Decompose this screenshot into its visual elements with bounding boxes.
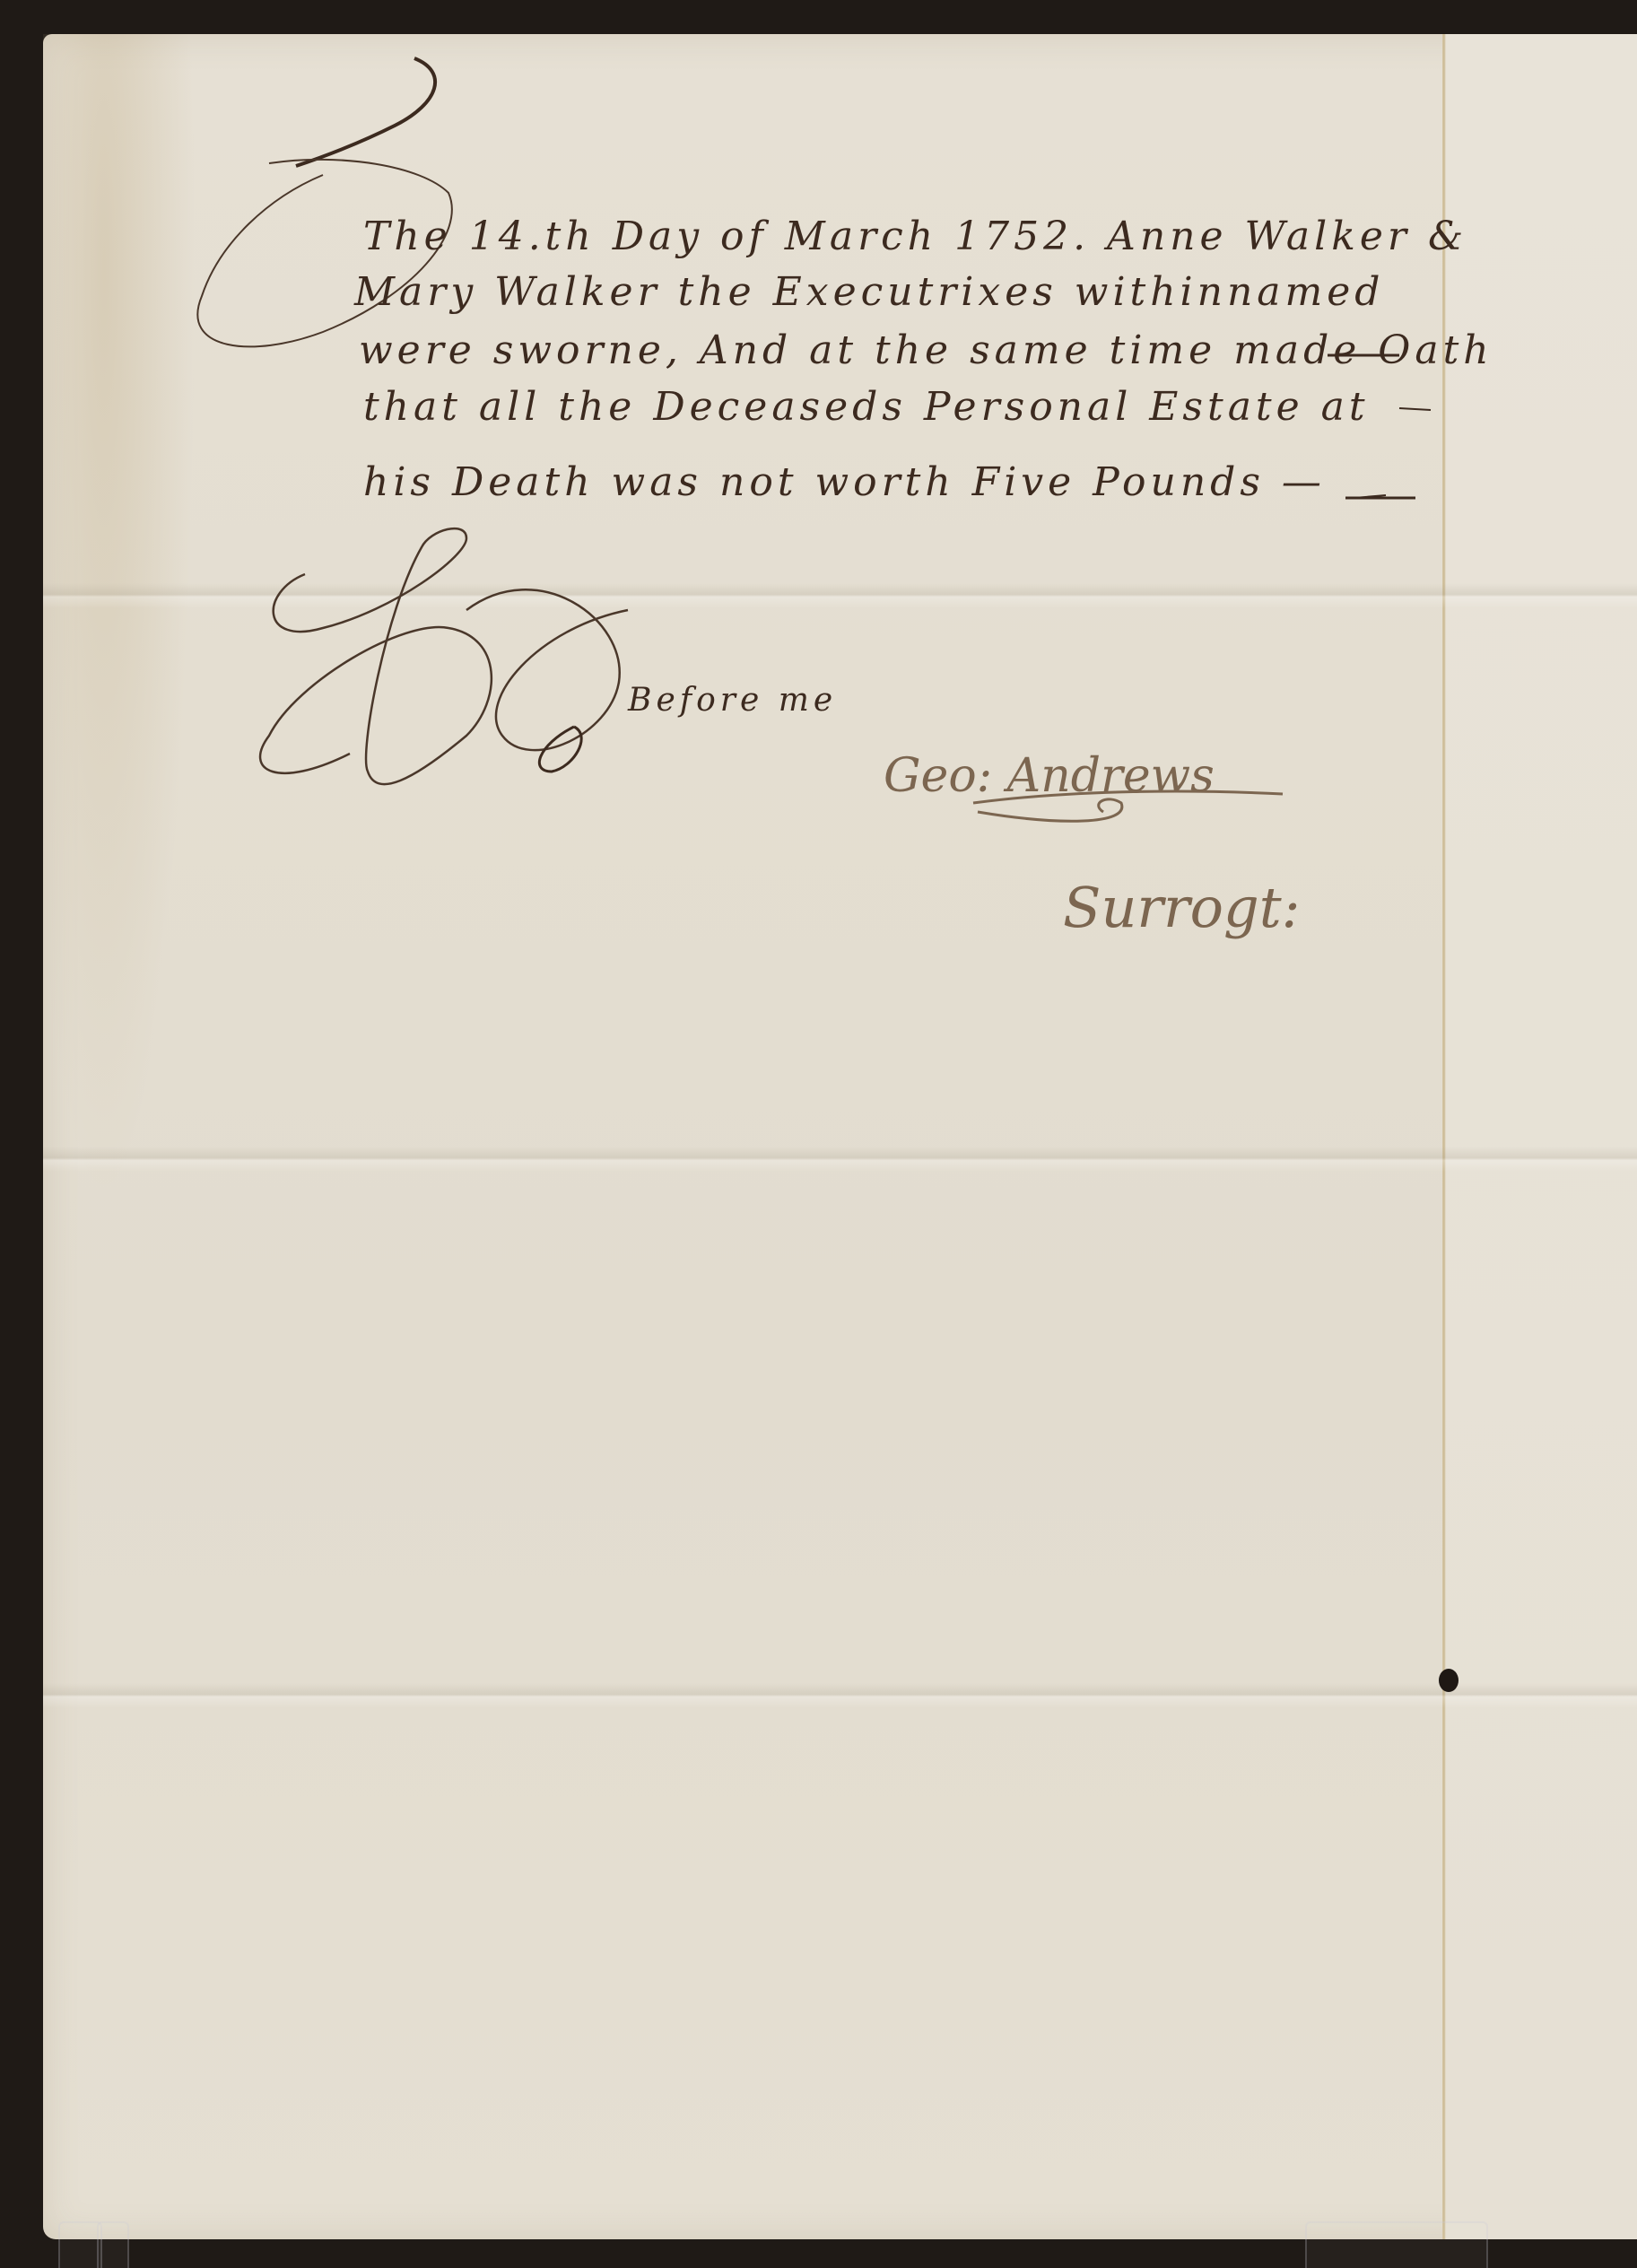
jurat-before-me: Before me <box>628 682 837 719</box>
age-stain <box>43 34 196 1200</box>
signature-name: Geo: Andrews <box>884 749 1215 803</box>
body-line-3: were sworne, And at the same time made O… <box>359 327 1493 373</box>
body-line-2: Mary Walker the Executrixes withinnamed <box>354 269 1384 315</box>
mounting-tape-left-2 <box>97 2221 129 2268</box>
body-line-1: The 14.th Day of March 1752. Anne Walker… <box>363 214 1467 259</box>
signature-title: Surrogt: <box>1063 875 1301 940</box>
horizontal-fold-line-upper <box>43 583 1637 608</box>
body-line-5: his Death was not worth Five Pounds — <box>363 459 1326 505</box>
body-line-4: that all the Deceaseds Personal Estate a… <box>363 384 1370 430</box>
mounting-tape-right <box>1305 2221 1488 2268</box>
horizontal-fold-line-middle <box>43 1147 1637 1172</box>
horizontal-fold-line-lower <box>43 1683 1637 1708</box>
corner-mark: faint illegible marks <box>128 124 294 136</box>
mounting-tape-left-1 <box>58 2221 102 2268</box>
fold-hole <box>1439 1669 1458 1692</box>
